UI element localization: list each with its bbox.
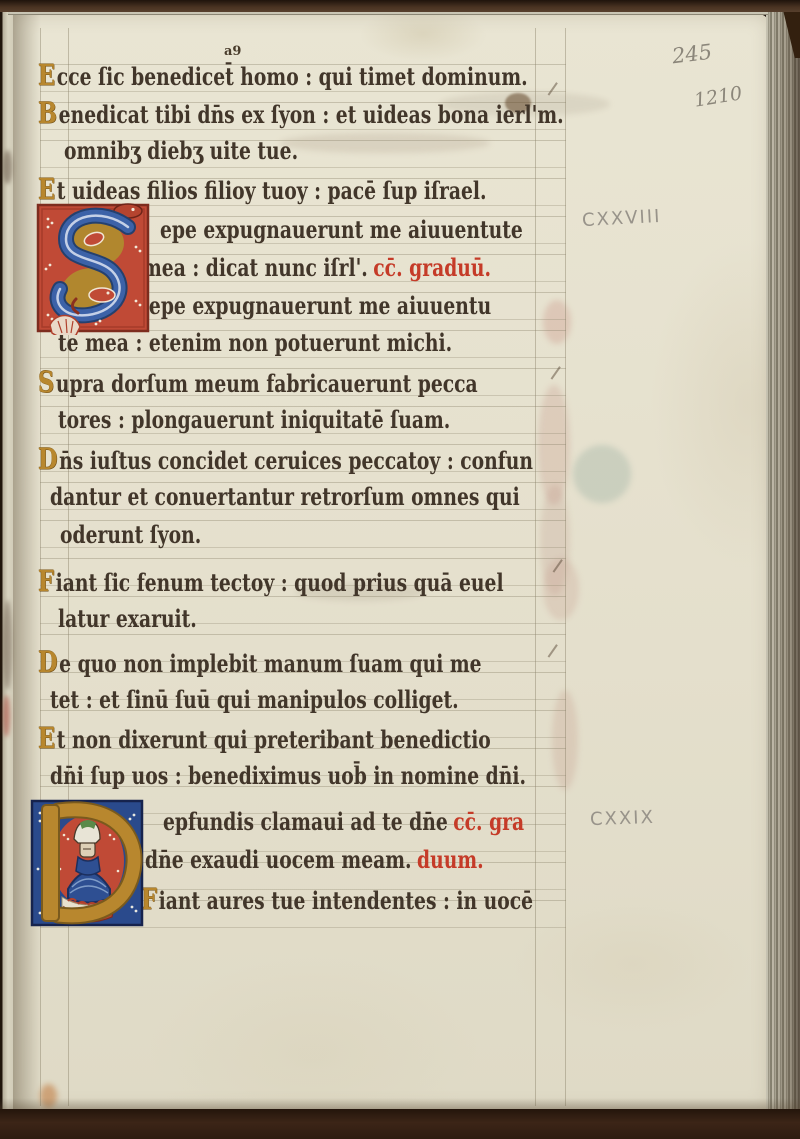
manuscript-line: dn̄e exaudi uocem meam.duum.: [145, 845, 484, 874]
manuscript-line: tores : plongauerunt iniquitatē ſuam.: [58, 405, 450, 434]
manuscript-line: epe expugnauerunt me aiuuentute: [160, 215, 523, 244]
manuscript-line: Ecce ſic benedicet̄ homo : qui timet dom…: [38, 60, 528, 91]
manuscript-line: Sepe expugnauerunt me aiuuentu: [131, 289, 491, 320]
manuscript-line: epfundis clamaui ad te dn̄ecc̄. gra: [163, 807, 524, 836]
line-body: epfundis clamaui ad te dn̄e: [163, 807, 448, 836]
manuscript-line: Fiant ſic fenum tectoy : quod prius quā …: [38, 566, 504, 597]
line-body: latur exaruit.: [58, 604, 197, 633]
rubric-text: cc̄. gra: [453, 807, 524, 836]
line-body: t non dixerunt qui preteribant benedicti…: [57, 725, 491, 754]
line-body: t uideas filios filioy tuoy : pacē ſup i…: [57, 176, 487, 205]
line-body: iant aures tue intendentes : in uocē: [159, 886, 533, 915]
manuscript-line: omnibʒ diebʒ uite tue.: [64, 136, 298, 165]
line-body: n̄s iuſtus concidet ceruices peccatoy : …: [59, 446, 533, 475]
line-body: e quo non implebit manum ſuam qui me: [59, 649, 481, 678]
line-body: dantur et conuertantur retrorſum omnes q…: [50, 482, 520, 511]
line-body: tet : et ſinū ſuū qui manipulos colliget…: [50, 685, 459, 714]
line-body: dn̄e exaudi uocem meam.: [145, 845, 412, 874]
line-initial: D: [38, 645, 59, 679]
line-initial: S: [38, 365, 56, 399]
manuscript-line: Et non dixerunt qui preteribant benedict…: [38, 723, 491, 754]
binding-top-edge: [0, 0, 800, 12]
line-body: iant ſic fenum tectoy : quod prius quā e…: [56, 568, 504, 597]
line-initial: B: [38, 96, 59, 130]
rubric-text: cc̄. graduū.: [373, 253, 491, 282]
facing-page-text-trace: [3, 150, 12, 184]
manuscript-line: Supra dorſum meum fabricauerunt pecca: [38, 367, 478, 398]
line-initial: E: [38, 172, 57, 206]
interlinear-correction: a9: [224, 44, 241, 59]
manuscript-photo: Ecce ſic benedicet̄ homo : qui timet dom…: [0, 0, 800, 1139]
folio-number-pencil: 245: [671, 40, 714, 69]
line-body: epe expugnauerunt me aiuuentute: [160, 215, 523, 244]
line-body: upra dorſum meum fabricauerunt pecca: [56, 369, 478, 398]
manuscript-line: De quo non implebit manum ſuam qui me: [38, 647, 482, 678]
facing-page-red-trace: [3, 695, 10, 737]
manuscript-line: dn̄i ſup uos : benediximus uob̄ in nomin…: [50, 761, 526, 790]
line-initial: D: [38, 442, 59, 476]
line-body: oderunt ſyon.: [60, 520, 201, 549]
line-body: mea : dicat nunc iſrl'.: [142, 253, 368, 282]
line-initial: F: [38, 564, 56, 598]
gutter-shadow: [13, 14, 41, 1110]
manuscript-line: Fiant aures tue intendentes : in uocē: [141, 884, 533, 915]
manuscript-line: Dn̄s iuſtus concidet ceruices peccatoy :…: [38, 444, 533, 475]
psalm-number-cxxviii: CXXVIII: [582, 206, 662, 231]
manuscript-line: dantur et conuertantur retrorſum omnes q…: [50, 482, 520, 511]
line-initial: E: [38, 58, 57, 92]
fore-edge-page-stack: [766, 0, 800, 1139]
page-edge-shadow: [8, 14, 768, 15]
rubric-text: duum.: [417, 845, 484, 874]
facing-page-text-trace: [3, 600, 12, 690]
manuscript-line: Et uideas filios filioy tuoy : pacē ſup …: [38, 174, 487, 205]
line-body: epe expugnauerunt me aiuuentu: [149, 291, 491, 320]
line-body: tores : plongauerunt iniquitatē ſuam.: [58, 405, 450, 434]
manuscript-line: latur exaruit.: [58, 604, 197, 633]
illuminated-initial-S: [36, 203, 150, 335]
psalm-number-cxxix: CXXIX: [590, 807, 656, 830]
binding-bottom-shadow: [0, 1098, 800, 1109]
show-through-smudge: [573, 445, 631, 503]
manuscript-line: Benedicat tibi dn̄s ex ſyon : et uideas …: [38, 98, 564, 129]
line-initial: E: [38, 721, 57, 755]
line-body: dn̄i ſup uos : benediximus uob̄ in nomin…: [50, 761, 526, 790]
binding-bottom-edge: [0, 1109, 800, 1139]
manuscript-line: mea : dicat nunc iſrl'.cc̄. graduū.: [142, 253, 491, 282]
manuscript-line: oderunt ſyon.: [60, 520, 201, 549]
line-body: enedicat tibi dn̄s ex ſyon : et uideas b…: [59, 100, 564, 129]
line-body: omnibʒ diebʒ uite tue.: [64, 136, 298, 165]
line-body: cce ſic benedicet̄ homo : qui timet domi…: [57, 62, 528, 91]
illuminated-initial-D: [30, 799, 144, 929]
manuscript-line: tet : et ſinū ſuū qui manipulos colliget…: [50, 685, 459, 714]
